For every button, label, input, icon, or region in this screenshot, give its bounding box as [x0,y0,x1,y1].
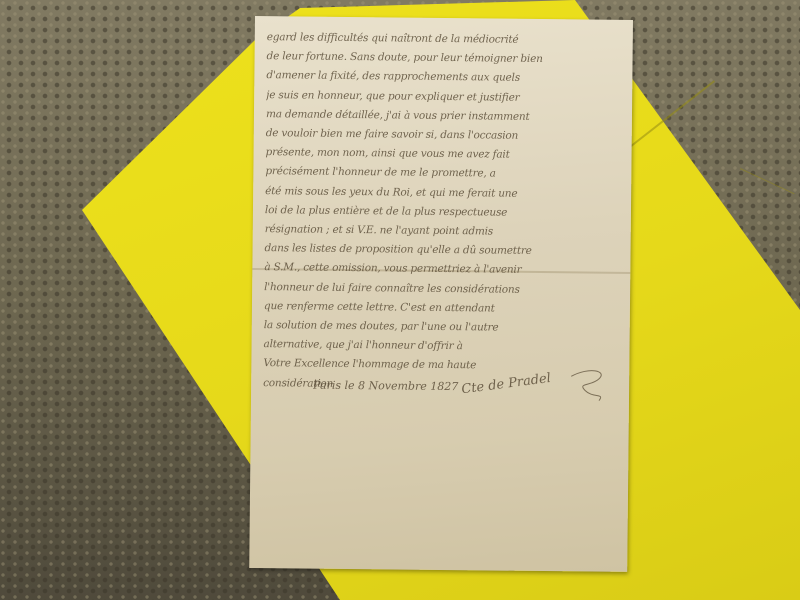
letter-body: egard les difficultés qui naîtront de la… [263,28,617,397]
letter-dateline: Paris le 8 Novembre 1827 [313,379,458,394]
handwritten-letter: egard les difficultés qui naîtront de la… [249,16,633,572]
signature-flourish-icon [569,364,609,404]
